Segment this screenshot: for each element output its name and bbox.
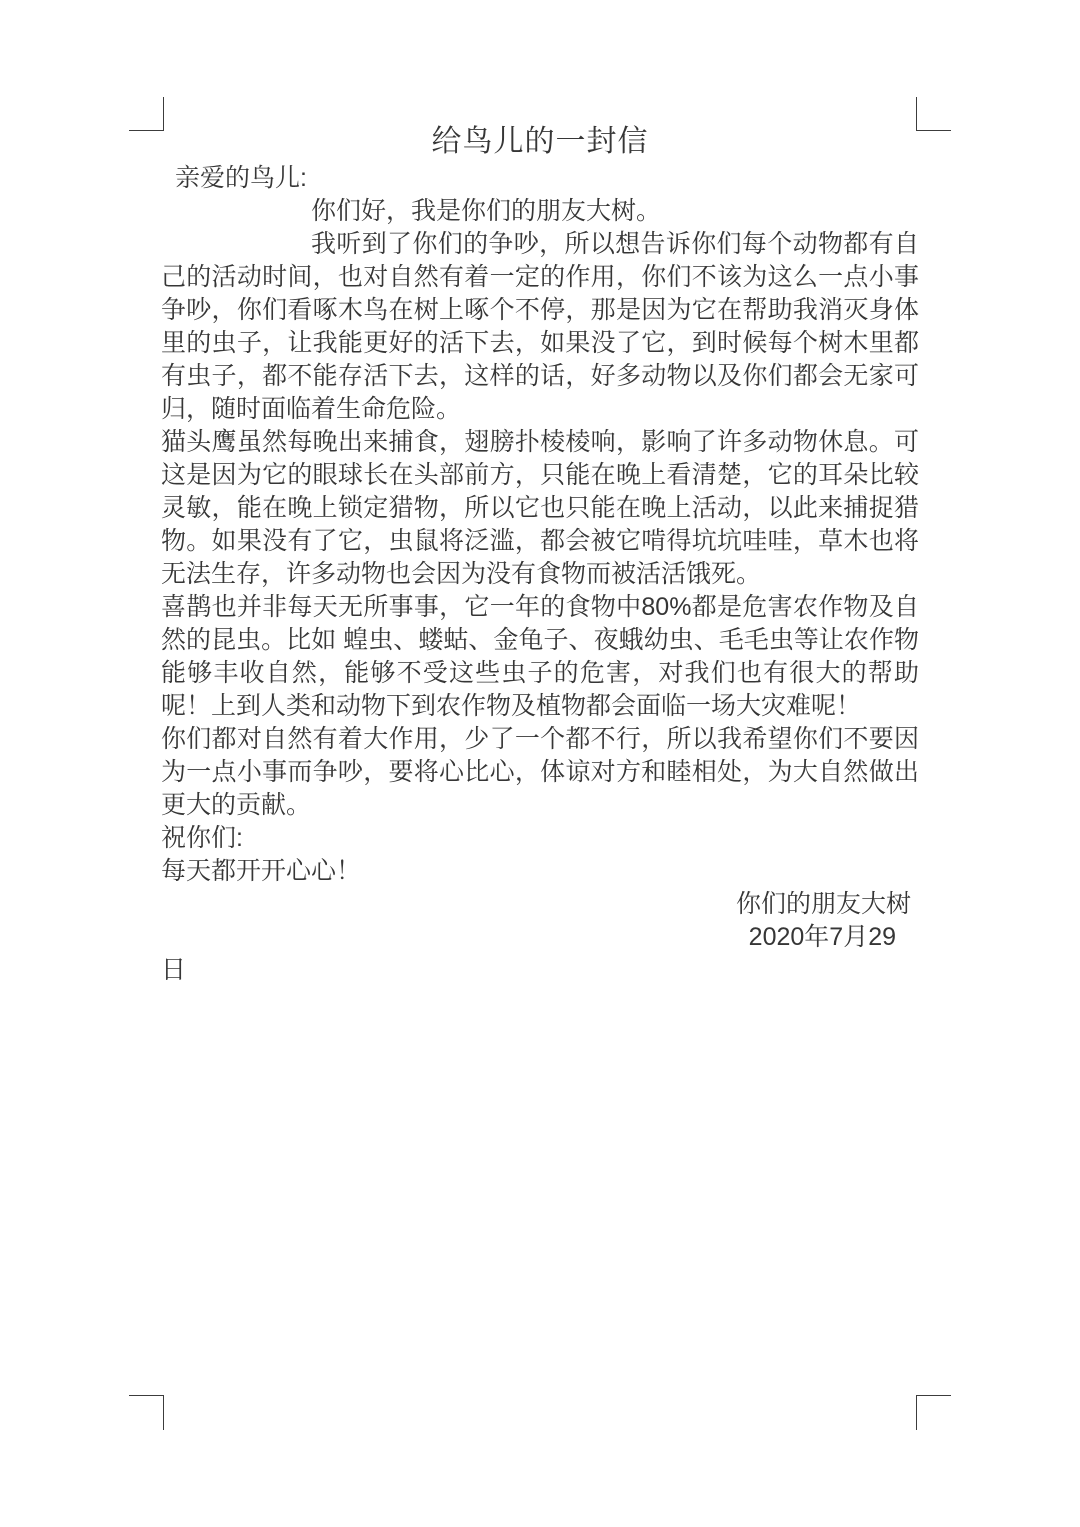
crop-mark-top-left-icon: [129, 97, 164, 131]
crop-mark-bottom-left-icon: [129, 1395, 164, 1430]
letter-date: 2020年7月29: [161, 921, 919, 954]
letter-paragraph-magpie: 喜鹊也并非每天无所事事，它一年的食物中80%都是危害农作物及自然的昆虫。比如 蝗…: [161, 591, 919, 723]
letter-body: 给鸟儿的一封信 亲爱的鸟儿: 你们好，我是你们的朋友大树。 我听到了你们的争吵，…: [161, 122, 919, 987]
letter-wish-lead: 祝你们:: [161, 822, 919, 855]
letter-date-wrap-char: 日: [161, 954, 919, 987]
crop-mark-top-right-icon: [916, 97, 951, 131]
letter-paragraph-woodpecker: 我听到了你们的争吵，所以想告诉你们每个动物都有自己的活动时间，也对自然有着一定的…: [161, 228, 919, 426]
letter-greeting: 你们好，我是你们的朋友大树。: [161, 195, 919, 228]
letter-wish: 每天都开开心心！: [161, 855, 919, 888]
crop-mark-bottom-right-icon: [916, 1395, 951, 1430]
letter-title: 给鸟儿的一封信: [161, 122, 919, 162]
document-page: 给鸟儿的一封信 亲爱的鸟儿: 你们好，我是你们的朋友大树。 我听到了你们的争吵，…: [0, 0, 1080, 1527]
letter-salutation: 亲爱的鸟儿:: [161, 162, 919, 195]
letter-paragraph-conclusion: 你们都对自然有着大作用，少了一个都不行，所以我希望你们不要因为一点小事而争吵，要…: [161, 723, 919, 822]
letter-paragraph-owl: 猫头鹰虽然每晚出来捕食，翅膀扑棱棱响，影响了许多动物休息。可这是因为它的眼球长在…: [161, 426, 919, 591]
letter-signature: 你们的朋友大树: [161, 888, 919, 921]
